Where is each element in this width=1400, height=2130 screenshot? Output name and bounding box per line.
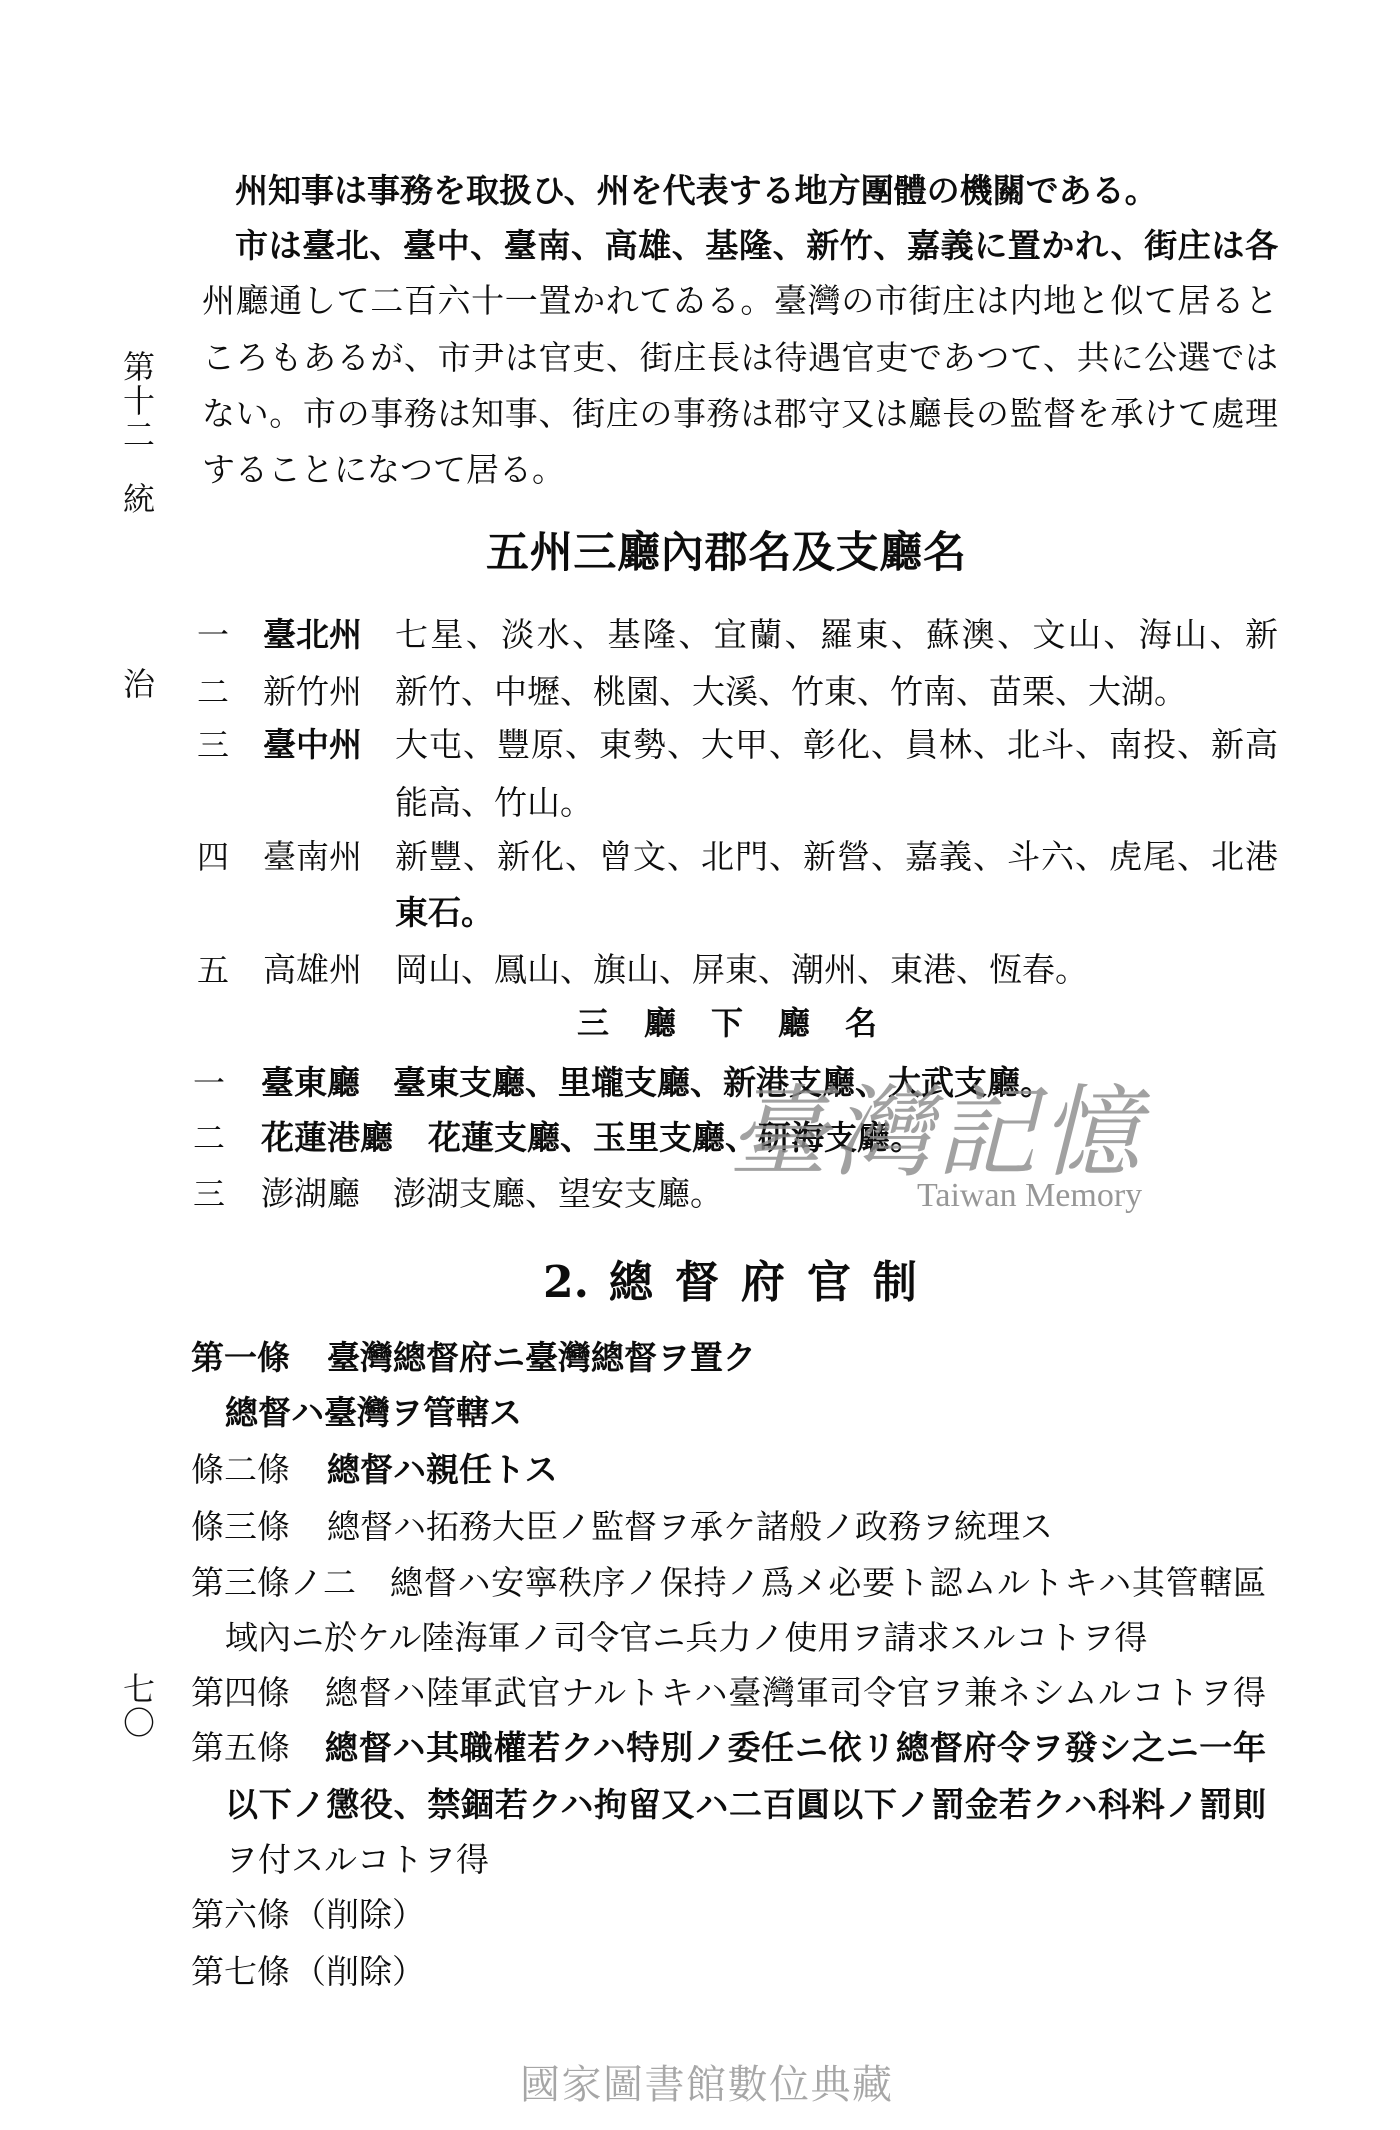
paragraph-line: ない。市の事務は知事、街庄の事務は郡守又は廳長の監督を承けて處理: [202, 392, 1278, 436]
prefecture-name: 臺東廳: [261, 1061, 360, 1105]
article-continuation: 總督ハ臺灣ヲ管轄ス: [225, 1391, 522, 1435]
book-page: 第十二 統 治 七〇 州知事は事務を取扱ひ、州を代表する地方團體の機關である。 …: [0, 0, 1400, 2130]
article-label: 第四條: [191, 1671, 290, 1715]
article-text: 總督ハ陸軍武官ナルトキハ臺灣軍司令官ヲ兼ネシムルコトヲ得: [325, 1671, 1266, 1715]
subsection-heading: 三廳下廳名: [577, 1001, 912, 1045]
running-head-char: 治: [119, 667, 153, 701]
paragraph-line: 市は臺北、臺中、臺南、高雄、基隆、新竹、嘉義に置かれ、街庄は各: [235, 224, 1278, 268]
article-label: 第五條: [191, 1726, 290, 1770]
district-list: 新豐、新化、曾文、北門、新營、嘉義、斗六、虎尾、北港: [395, 835, 1278, 879]
article-label: 第七條: [191, 1950, 290, 1994]
province-number: 二: [197, 670, 229, 714]
province-number: 三: [197, 723, 229, 767]
article-text: 臺灣總督府ニ臺灣總督ヲ置ク: [327, 1336, 756, 1380]
district-list: 新竹、中壢、桃園、大溪、竹東、竹南、苗栗、大湖。: [395, 670, 1187, 714]
article-continuation: ヲ付スルコトヲ得: [225, 1838, 489, 1882]
district-list-continuation: 能高、竹山。: [395, 781, 593, 825]
article-label: 第一條: [191, 1336, 290, 1380]
paragraph-line: ころもあるが、市尹は官吏、街庄長は待遇官吏であつて、共に公選では: [202, 336, 1278, 380]
article-text: 總督ハ其職權若クハ特別ノ委任ニ依リ總督府令ヲ發シ之ニ一年: [325, 1726, 1266, 1770]
running-head-chapter: 第十二: [119, 350, 153, 452]
prefecture-number: 三: [193, 1172, 225, 1216]
footer-credit: 國家圖書館數位典藏: [520, 2060, 892, 2110]
section-title-text: 總督府官制: [609, 1257, 939, 1308]
prefecture-name: 澎湖廳: [261, 1172, 360, 1216]
prefecture-name: 花蓮港廳: [261, 1116, 393, 1160]
prefecture-number: 二: [193, 1116, 225, 1160]
province-number: 五: [197, 948, 229, 992]
province-name: 臺南州: [263, 835, 362, 879]
article-continuation: 域內ニ於ケル陸海軍ノ司令官ニ兵力ノ使用ヲ請求スルコトヲ得: [225, 1616, 1147, 1660]
prefecture-number: 一: [193, 1061, 225, 1105]
article-continuation: 以下ノ懲役、禁錮若クハ拘留又ハ二百圓以下ノ罰金若クハ科料ノ罰則: [225, 1783, 1266, 1827]
watermark-logo: 臺灣記憶: [728, 1078, 1144, 1188]
paragraph-line: 州知事は事務を取扱ひ、州を代表する地方團體の機關である。: [235, 169, 1158, 213]
province-name: 新竹州: [263, 670, 362, 714]
article-text: 總督ハ親任トス: [327, 1448, 558, 1492]
article-label: 條三條: [191, 1505, 290, 1549]
paragraph-line: 州廳通して二百六十一置かれてゐる。臺灣の市街庄は内地と似て居ると: [202, 279, 1278, 323]
article-label: 第六條: [191, 1893, 290, 1937]
district-list-continuation: 東石。: [395, 891, 494, 935]
province-name: 高雄州: [263, 948, 362, 992]
section-heading: 五州三廳內郡名及支廳名: [486, 523, 966, 583]
province-number: 四: [197, 835, 229, 879]
branch-office-list: 澎湖支廳、望安支廳。: [393, 1172, 723, 1216]
province-name: 臺北州: [263, 613, 362, 657]
province-name: 臺中州: [263, 723, 362, 767]
article-label: 第三條ノ二: [191, 1561, 356, 1605]
article-label: 條二條: [191, 1448, 290, 1492]
section-title: 2.總督府官制: [543, 1253, 939, 1313]
article-text: （削除）: [293, 1950, 425, 1994]
district-list: 大屯、豐原、東勢、大甲、彰化、員林、北斗、南投、新高: [395, 723, 1278, 767]
page-number: 七〇: [119, 1672, 153, 1740]
province-number: 一: [197, 613, 229, 657]
district-list: 岡山、鳳山、旗山、屏東、潮州、東港、恆春。: [395, 948, 1088, 992]
paragraph-line: することになつて居る。: [202, 448, 565, 492]
section-number: 2.: [543, 1257, 589, 1308]
article-text: （削除）: [293, 1893, 425, 1937]
running-head-char: 統: [119, 482, 153, 516]
district-list: 七星、淡水、基隆、宜蘭、羅東、蘇澳、文山、海山、新莊。: [395, 613, 1278, 657]
article-text: 總督ハ安寧秩序ノ保持ノ爲メ必要ト認ムルトキハ其管轄區: [390, 1561, 1266, 1605]
article-text: 總督ハ拓務大臣ノ監督ヲ承ケ諸般ノ政務ヲ統理ス: [327, 1505, 1053, 1549]
watermark-text: Taiwan Memory: [917, 1176, 1142, 1216]
